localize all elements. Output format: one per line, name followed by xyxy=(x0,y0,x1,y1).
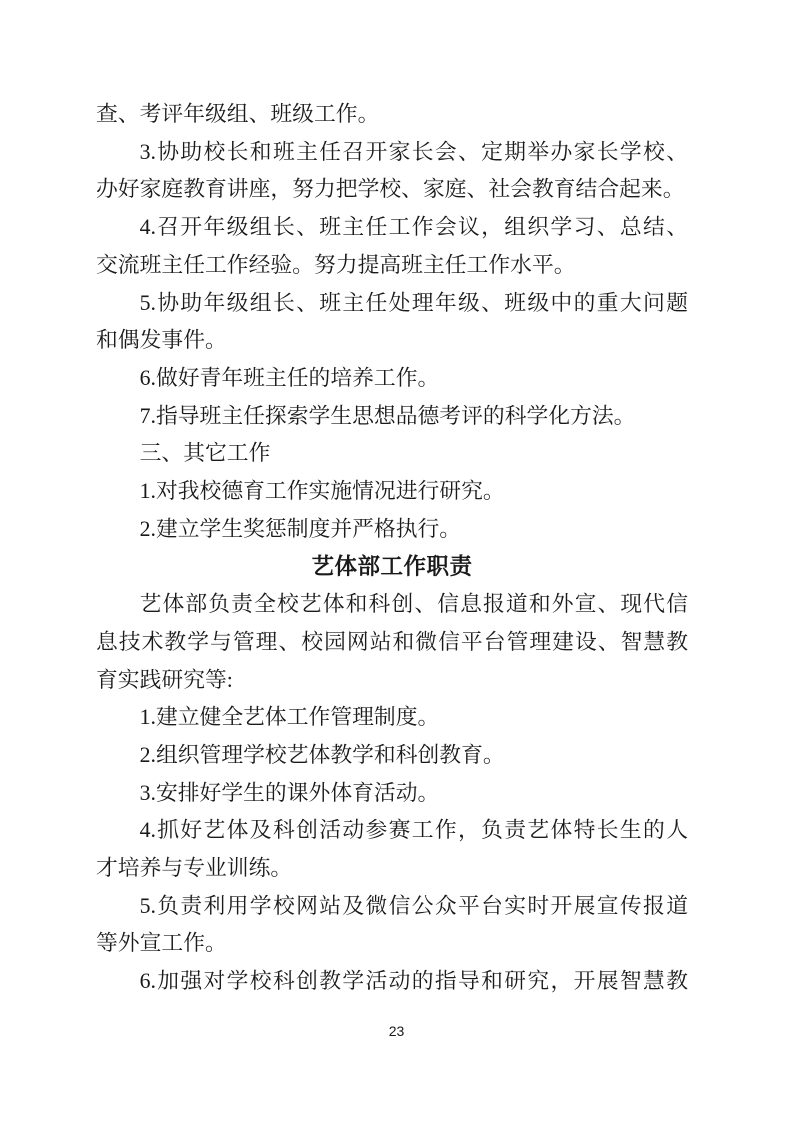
text-line: 查、考评年级组、班级工作。 xyxy=(96,96,688,134)
text-line: 办好家庭教育讲座，努力把学校、家庭、社会教育结合起来。 xyxy=(96,171,688,209)
text-line: 7.指导班主任探索学生思想品德考评的科学化方法。 xyxy=(96,398,688,436)
text-line: 3.协助校长和班主任召开家长会、定期举办家长学校、 xyxy=(96,134,688,172)
text-line: 3.安排好学生的课外体育活动。 xyxy=(96,775,688,813)
text-line: 育实践研究等: xyxy=(96,662,688,700)
text-line: 5.负责利用学校网站及微信公众平台实时开展宣传报道 xyxy=(96,888,688,926)
text-line: 才培养与专业训练。 xyxy=(96,850,688,888)
text-line: 2.组织管理学校艺体教学和科创教育。 xyxy=(96,737,688,775)
text-line: 等外宣工作。 xyxy=(96,925,688,963)
text-line: 4.抓好艺体及科创活动参赛工作，负责艺体特长生的人 xyxy=(96,812,688,850)
document-body: 查、考评年级组、班级工作。3.协助校长和班主任召开家长会、定期举办家长学校、办好… xyxy=(96,96,688,1001)
text-line: 1.建立健全艺体工作管理制度。 xyxy=(96,699,688,737)
text-line: 和偶发事件。 xyxy=(96,322,688,360)
text-line: 4.召开年级组长、班主任工作会议，组织学习、总结、 xyxy=(96,209,688,247)
text-line: 息技术教学与管理、校园网站和微信平台管理建设、智慧教 xyxy=(96,624,688,662)
document-page: 查、考评年级组、班级工作。3.协助校长和班主任召开家长会、定期举办家长学校、办好… xyxy=(0,0,793,1122)
text-line: 6.做好青年班主任的培养工作。 xyxy=(96,360,688,398)
page-number: 23 xyxy=(0,1023,793,1039)
text-line: 6.加强对学校科创教学活动的指导和研究，开展智慧教 xyxy=(96,963,688,1001)
text-line: 1.对我校德育工作实施情况进行研究。 xyxy=(96,473,688,511)
text-line: 交流班主任工作经验。努力提高班主任工作水平。 xyxy=(96,247,688,285)
section-heading: 艺体部工作职责 xyxy=(96,548,688,586)
text-line: 三、其它工作 xyxy=(96,435,688,473)
text-line: 艺体部负责全校艺体和科创、信息报道和外宣、现代信 xyxy=(96,586,688,624)
text-line: 5.协助年级组长、班主任处理年级、班级中的重大问题 xyxy=(96,285,688,323)
text-line: 2.建立学生奖惩制度并严格执行。 xyxy=(96,511,688,549)
